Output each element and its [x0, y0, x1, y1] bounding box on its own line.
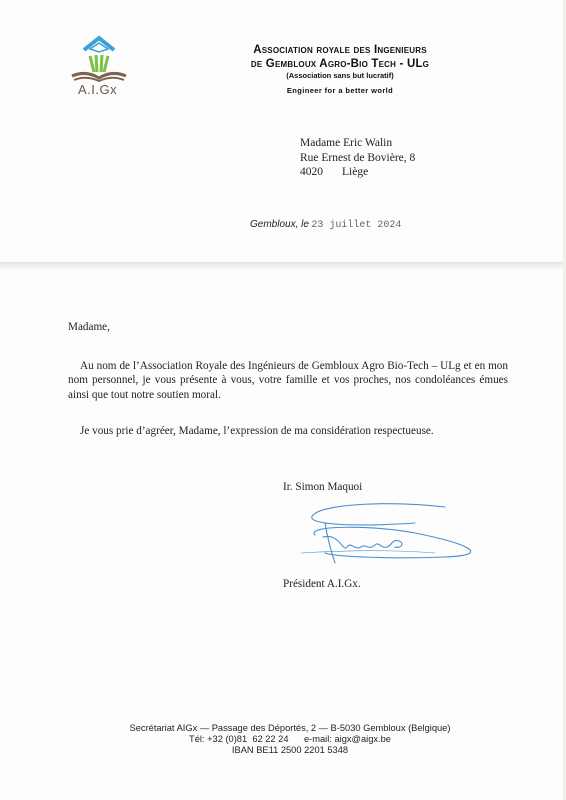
handwritten-signature-icon — [295, 495, 485, 570]
org-status: (Association sans but lucratif) — [190, 71, 490, 81]
recipient-postal-code: 4020 — [300, 165, 342, 180]
recipient-street: Rue Ernest de Bovière, 8 — [300, 151, 415, 166]
footer-iban: IBAN BE11 2500 2201 5348 — [110, 745, 470, 756]
footer-contact: Tél: +32 (0)81 62 22 24 e-mail: aigx@aig… — [110, 734, 470, 745]
salutation: Madame, — [68, 320, 508, 335]
org-name-line2: de Gembloux Agro-Bio Tech - ULg — [190, 57, 490, 71]
org-tagline: Engineer for a better world — [190, 86, 490, 95]
signatory-title: Président A.I.Gx. — [283, 578, 361, 590]
letter-footer: Secrétariat AIGx — Passage des Déportés,… — [110, 723, 470, 756]
letterhead: Association royale des Ingenieurs de Gem… — [190, 43, 490, 95]
letter-body: Madame, Au nom de l’Association Royale d… — [68, 320, 508, 439]
footer-address: Secrétariat AIGx — Passage des Déportés,… — [110, 723, 470, 734]
body-paragraph-1: Au nom de l’Association Royale des Ingén… — [68, 359, 508, 403]
recipient-city: Liège — [342, 165, 368, 180]
letter-page: A.I.Gx Association royale des Ingenieurs… — [0, 0, 566, 800]
logo-text: A.I.Gx — [78, 82, 117, 97]
paper-fold — [0, 262, 566, 272]
date-value: 23 juillet 2024 — [311, 220, 401, 231]
recipient-name: Madame Eric Walin — [300, 136, 415, 151]
date-place: Gembloux, le — [250, 219, 309, 230]
signatory-name: Ir. Simon Maquoi — [283, 481, 362, 493]
recipient-address: Madame Eric Walin Rue Ernest de Bovière,… — [300, 136, 415, 180]
body-paragraph-2: Je vous prie d’agréer, Madame, l’express… — [68, 424, 508, 439]
org-name-line1: Association royale des Ingenieurs — [190, 43, 490, 57]
date-line: Gembloux, le 23 juillet 2024 — [250, 219, 401, 231]
